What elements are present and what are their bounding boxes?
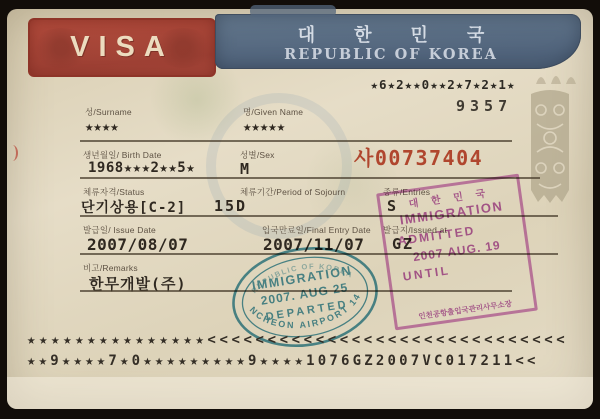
- issue-date-value: 2007/08/07: [87, 235, 188, 254]
- mrz-line-1: ★★★★★★★★★★★★★★★<<<<<<<<<<<<<<<<<<<<<<<<<…: [27, 332, 568, 348]
- given-name-label: 명/Given Name: [243, 106, 303, 118]
- photo-top-smudge: [250, 5, 336, 17]
- visa-banner: VISA: [28, 18, 216, 77]
- field-underline: [80, 140, 512, 142]
- visa-sheet: VISA 대 한 민 국 REPUBLIC OF KOREA ★6★2★★0★★…: [7, 9, 593, 409]
- visa-number: 사00737404: [354, 142, 483, 171]
- country-name-korean: 대 한 민 국: [215, 21, 567, 47]
- red-pen-mark: [7, 145, 18, 161]
- country-name-english: REPUBLIC OF KOREA: [215, 46, 567, 63]
- sheet-bottom-margin: [7, 377, 593, 409]
- country-banner: 대 한 민 국 REPUBLIC OF KOREA: [215, 14, 581, 69]
- stamp-office-text: 인천공항출입국관리사무소장: [398, 295, 532, 325]
- crown-ornament: [534, 66, 578, 86]
- birth-date-value: 1968★★★2★★5★: [88, 160, 195, 176]
- period-value: 15D: [214, 197, 247, 215]
- surname-label: 성/Surname: [85, 106, 132, 118]
- admitted-stamp: 대 한 민 국 IMMIGRATION ADMITTED 2007 AUG. 1…: [376, 174, 538, 331]
- mrz-line-2: ★★9★★★★7★0★★★★★★★★★9★★★★1076GZ2007VC0172…: [27, 353, 539, 369]
- visa-title: VISA: [28, 31, 216, 64]
- visa-photo-frame: VISA 대 한 민 국 REPUBLIC OF KOREA ★6★2★★0★★…: [0, 0, 600, 419]
- field-underline: [80, 177, 540, 179]
- serial-number: 9357: [456, 97, 512, 115]
- period-label: 체류기간/Period of Sojourn: [240, 186, 345, 198]
- totem-ornament: [523, 88, 577, 210]
- sex-value: M: [240, 160, 249, 178]
- surname-value: ★★★★: [85, 119, 119, 135]
- masked-control-number: ★6★2★★0★★2★7★2★1★: [365, 77, 521, 92]
- status-value: 단기상용[C-2]: [81, 197, 186, 217]
- given-name-value: ★★★★★: [243, 119, 285, 135]
